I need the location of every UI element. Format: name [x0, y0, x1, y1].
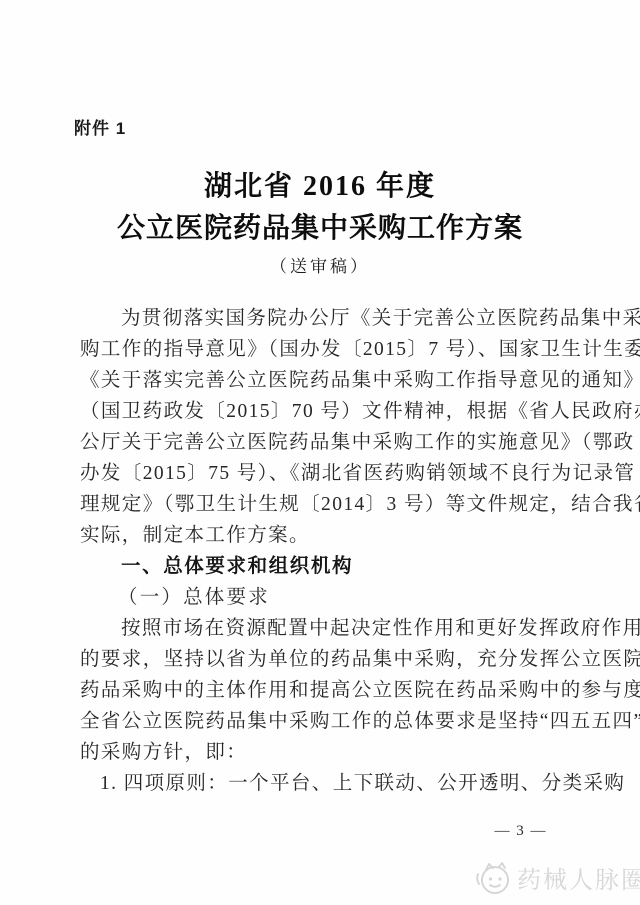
watermark: 药械人脉圈 [474, 858, 640, 903]
body-line: 《关于落实完善公立医院药品集中采购工作指导意见的通知》 [80, 365, 567, 396]
watermark-mascot-icon [474, 858, 514, 903]
body-line: 实际，制定本工作方案。 [80, 520, 567, 551]
title-block: 湖北省 2016 年度 公立医院药品集中采购工作方案 （送审稿） [0, 170, 640, 280]
body-line: 的采购方针，即： [80, 737, 567, 768]
body-line: 全省公立医院药品集中采购工作的总体要求是坚持“四五五四” [80, 706, 567, 737]
attachment-label: 附件 1 [74, 114, 126, 139]
body-line: 药品采购中的主体作用和提高公立医院在药品采购中的参与度。 [80, 675, 567, 706]
watermark-text: 药械人脉圈 [517, 861, 640, 901]
section-heading: 一、总体要求和组织机构 [80, 551, 567, 582]
document-body: 为贯彻落实国务院办公厅《关于完善公立医院药品集中采 购工作的指导意见》（国办发〔… [80, 303, 567, 799]
document-page: 附件 1 湖北省 2016 年度 公立医院药品集中采购工作方案 （送审稿） 为贯… [0, 0, 640, 905]
section-subheading: （一）总体要求 [80, 582, 567, 613]
body-line: （国卫药政发〔2015〕70 号）文件精神，根据《省人民政府办 [80, 396, 567, 427]
doc-title-line1: 湖北省 2016 年度 [0, 170, 640, 203]
body-line: 按照市场在资源配置中起决定性作用和更好发挥政府作用 [80, 613, 567, 644]
doc-subtitle: （送审稿） [0, 254, 640, 280]
body-line: 办发〔2015〕75 号）、《湖北省医药购销领域不良行为记录管 [80, 458, 567, 489]
body-line: 为贯彻落实国务院办公厅《关于完善公立医院药品集中采 [80, 303, 567, 334]
doc-title-line2: 公立医院药品集中采购工作方案 [0, 212, 640, 245]
body-line: 购工作的指导意见》（国办发〔2015〕7 号）、国家卫生计生委 [80, 334, 567, 365]
body-line: 的要求，坚持以省为单位的药品集中采购，充分发挥公立医院在 [80, 644, 567, 675]
list-item-line: 1. 四项原则：一个平台、上下联动、公开透明、分类采购 [80, 768, 567, 799]
body-line: 理规定》（鄂卫生计生规〔2014〕3 号）等文件规定，结合我省 [80, 489, 567, 520]
body-line: 公厅关于完善公立医院药品集中采购工作的实施意见》（鄂政 [80, 427, 567, 458]
page-number: — 3 — [495, 823, 548, 840]
